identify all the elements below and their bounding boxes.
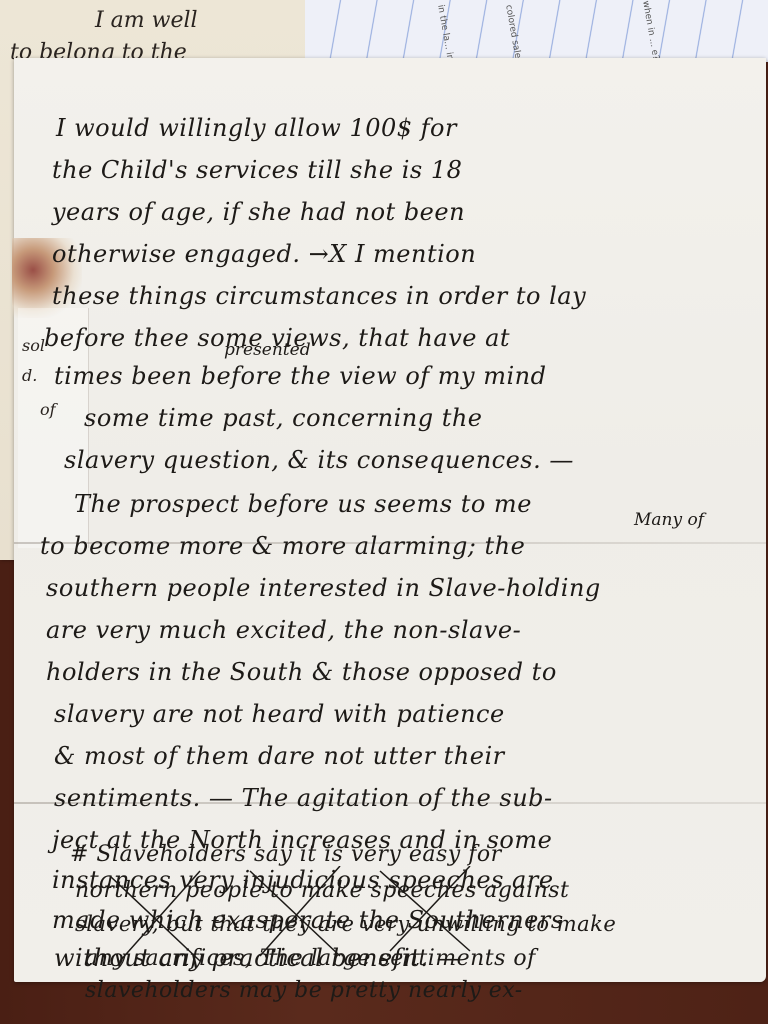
letter-line: slavery, but that they are very unwillin… — [75, 912, 616, 936]
letter-line: northern people to make speeches against — [75, 878, 569, 903]
letter-continuation-area: # Slaveholders say it is very easy for n… — [0, 0, 768, 1024]
letter-line: any sacrifices, The large sentiments of — [85, 946, 536, 971]
letter-line: # Slaveholders say it is very easy for — [70, 842, 502, 867]
letter-line: slaveholders may be pretty nearly ex- — [85, 978, 523, 1003]
